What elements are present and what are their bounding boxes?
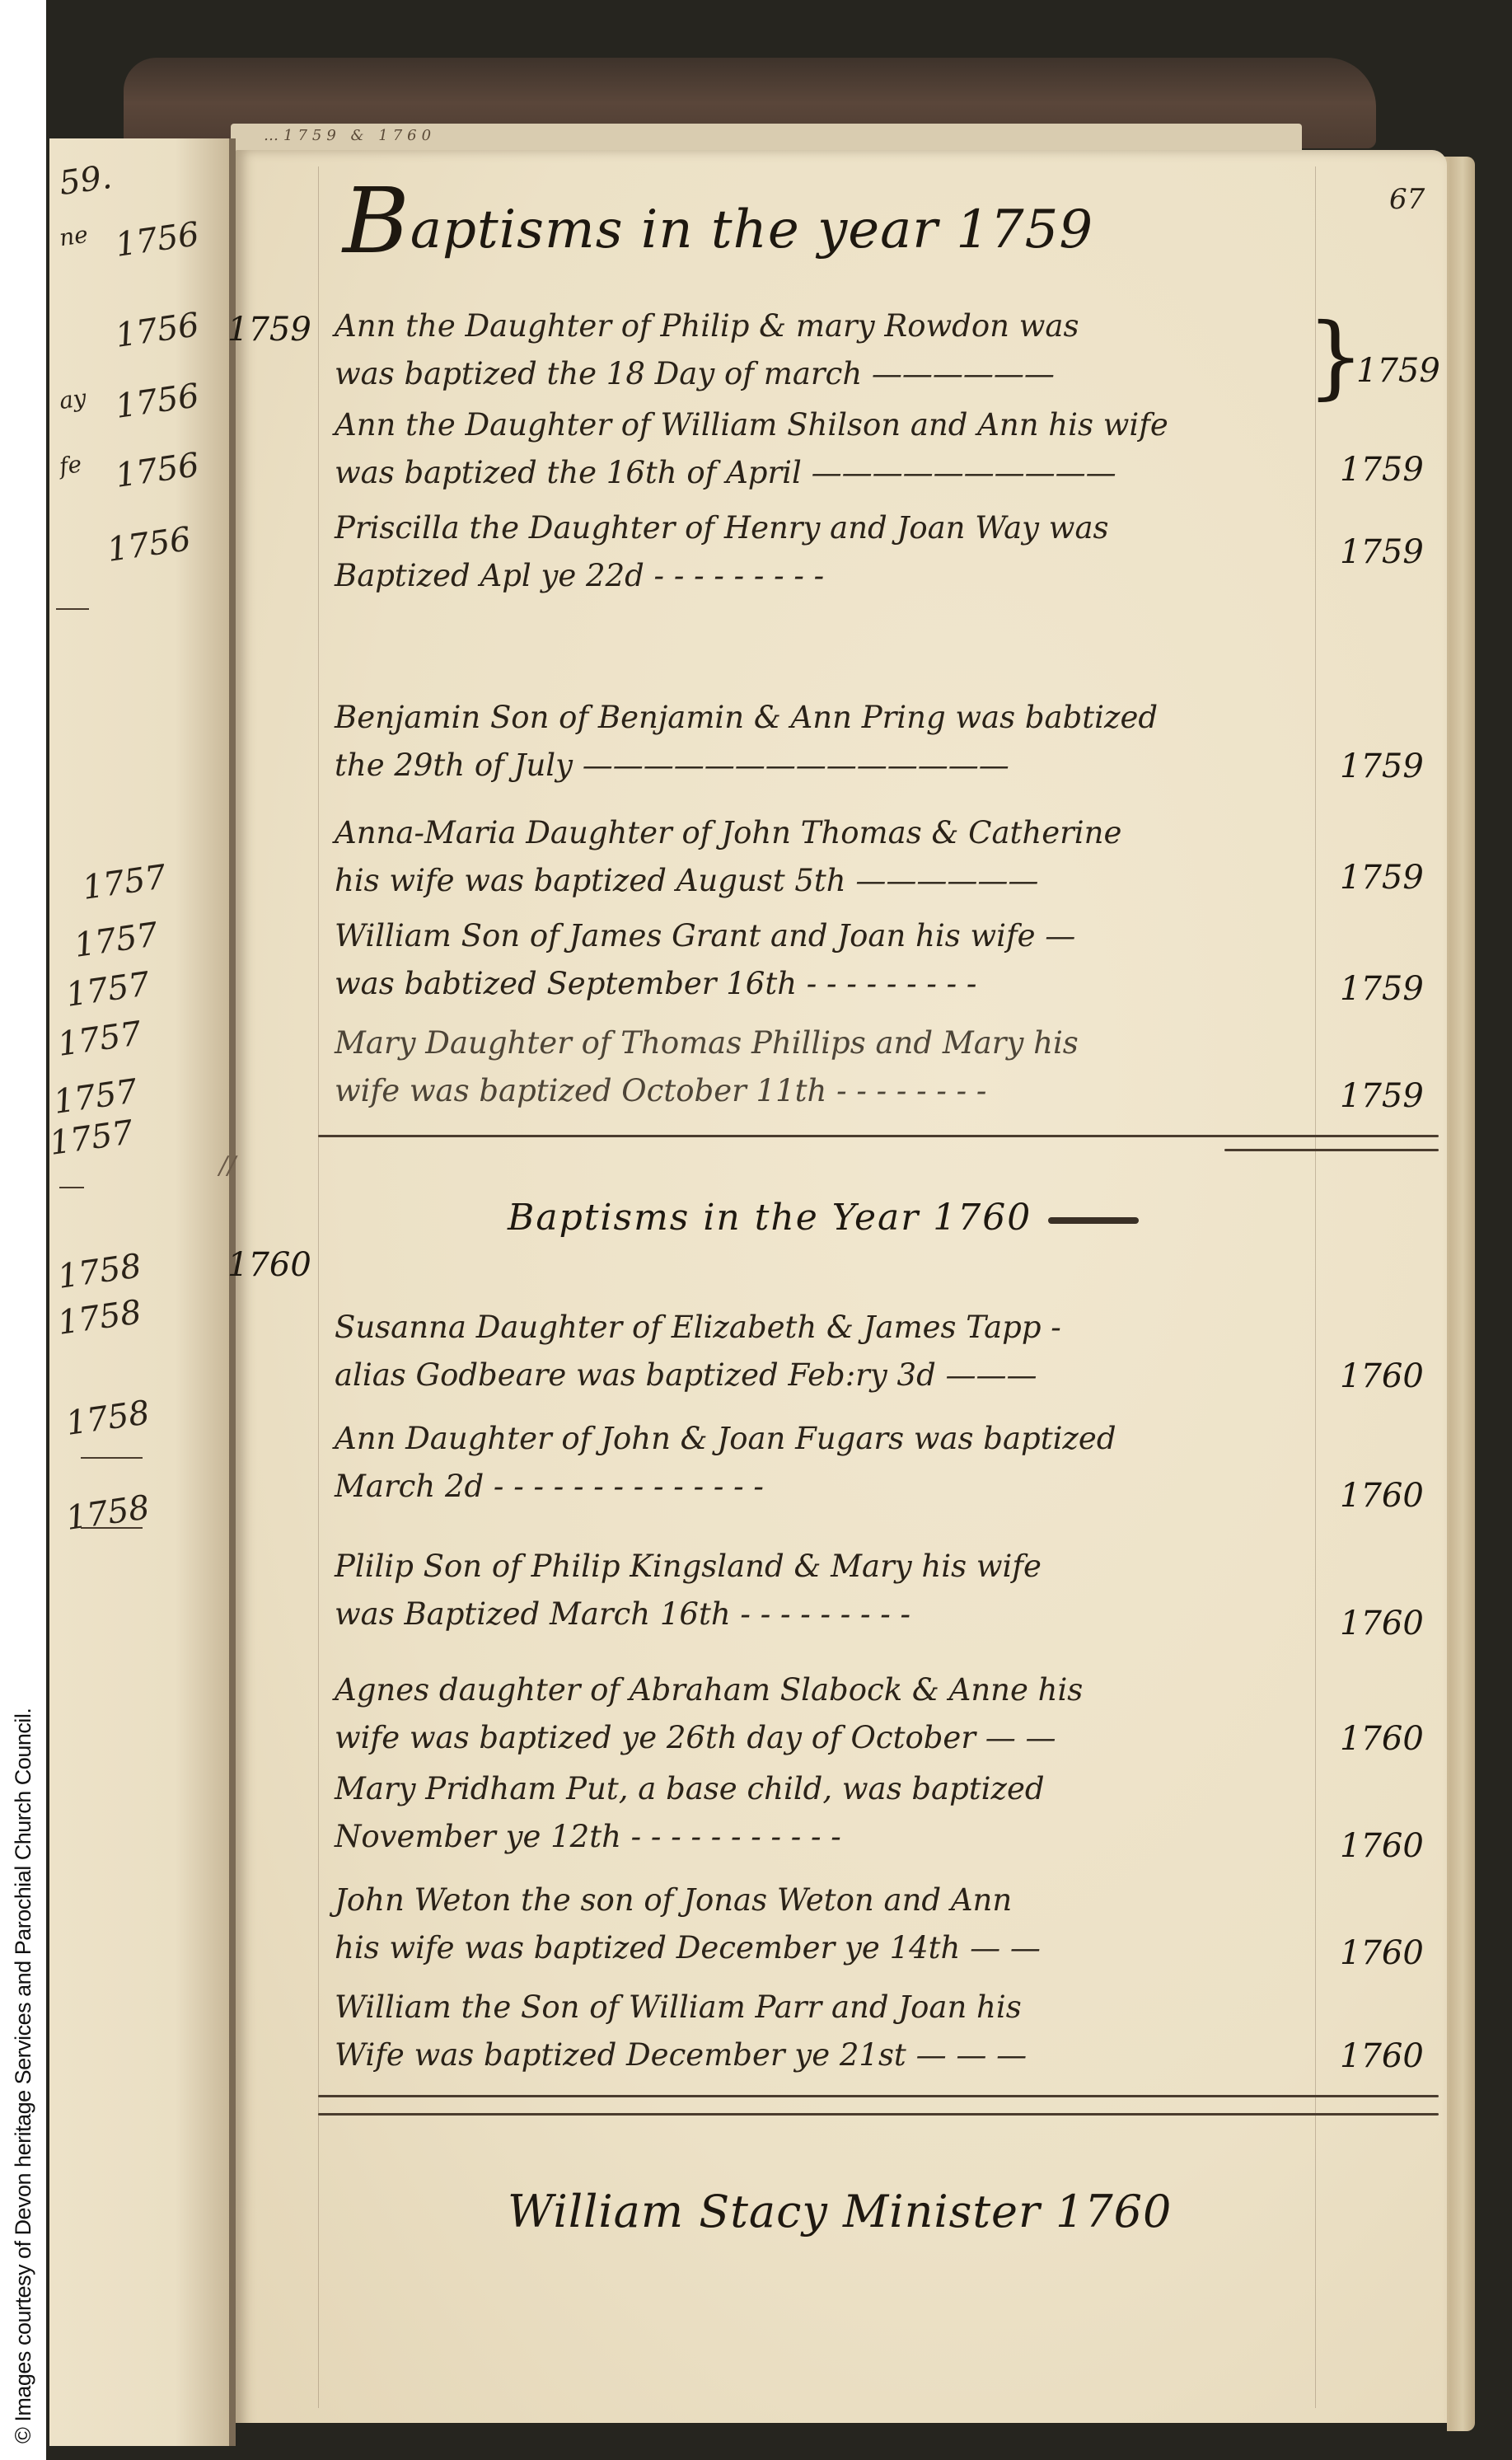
copyright-credit: © Images courtesy of Devon heritage Serv… xyxy=(11,4,36,2444)
entry-line: the 29th of July —————————————— xyxy=(335,742,1307,790)
left-page-word-fragment: ay xyxy=(58,384,88,415)
entry-year: 1760 xyxy=(1340,1357,1424,1395)
entry-line: his wife was baptized August 5th —————— xyxy=(335,857,1307,905)
entry-line: wife was baptized October 11th - - - - -… xyxy=(335,1067,1307,1115)
section-divider xyxy=(318,1135,1439,1137)
entry-year: 1759 xyxy=(1340,451,1424,489)
entry-year: 1759 xyxy=(1356,352,1440,390)
left-year: 1756 xyxy=(113,446,201,495)
entry-line: was Baptized March 16th - - - - - - - - … xyxy=(335,1591,1307,1638)
entry-line: Baptized Apl ye 22d - - - - - - - - - xyxy=(335,552,1307,600)
left-year: 1757 xyxy=(72,916,160,965)
entry-line: Priscilla the Daughter of Henry and Joan… xyxy=(335,504,1307,552)
entry-year: 1760 xyxy=(1340,1934,1424,1972)
entry-line: Benjamin Son of Benjamin & Ann Pring was… xyxy=(335,694,1307,742)
entry-line: Mary Pridham Put, a base child, was bapt… xyxy=(335,1765,1307,1813)
baptism-entry: Plilip Son of Philip Kingsland & Mary hi… xyxy=(335,1543,1307,1638)
page-number: 67 xyxy=(1389,183,1425,216)
entry-year: 1759 xyxy=(1340,747,1424,785)
entry-year: 1759 xyxy=(1340,970,1424,1008)
baptism-entry: John Weton the son of Jonas Weton and An… xyxy=(335,1877,1307,1972)
entry-line: alias Godbeare was baptized Feb:ry 3d ——… xyxy=(335,1352,1307,1399)
left-year: 1756 xyxy=(113,215,201,265)
left-year: 1756 xyxy=(113,306,201,355)
closing-rule xyxy=(318,2095,1439,2097)
left-year: 1758 xyxy=(63,1394,152,1443)
left-year: 1757 xyxy=(55,1014,143,1064)
entry-line: Susanna Daughter of Elizabeth & James Ta… xyxy=(335,1304,1307,1352)
left-year: 1756 xyxy=(113,377,201,426)
minister-signature: William Stacy Minister 1760 xyxy=(508,2186,1172,2237)
entry-line: John Weton the son of Jonas Weton and An… xyxy=(335,1877,1307,1924)
entry-line: Wife was baptized December ye 21st — — — xyxy=(335,2031,1307,2079)
baptism-entry: Agnes daughter of Abraham Slabock & Anne… xyxy=(335,1666,1307,1762)
margin-year-1759: 1759 xyxy=(227,311,311,349)
entry-year: 1760 xyxy=(1340,1477,1424,1515)
scan-bottom-edge xyxy=(236,2423,1447,2460)
entry-year: 1760 xyxy=(1340,2037,1424,2075)
entry-year: 1759 xyxy=(1340,533,1424,571)
entry-line: was baptized the 16th of April —————————… xyxy=(335,449,1307,497)
baptism-entry: Ann the Daughter of Philip & mary Rowdon… xyxy=(335,302,1307,398)
margin-year-1760: 1760 xyxy=(227,1246,311,1284)
heading-baptisms-1759: Baptisms in the year 1759 xyxy=(343,199,1093,260)
entry-line: Anna-Maria Daughter of John Thomas & Cat… xyxy=(335,809,1307,857)
entry-line: Mary Daughter of Thomas Phillips and Mar… xyxy=(335,1019,1307,1067)
entry-year: 1759 xyxy=(1340,859,1424,897)
left-year: 1756 xyxy=(105,520,193,569)
entry-line: was baptized the 18 Day of march —————— xyxy=(335,350,1307,398)
baptism-entry: William the Son of William Parr and Joan… xyxy=(335,1984,1307,2079)
entry-line: his wife was baptized December ye 14th —… xyxy=(335,1924,1307,1972)
baptism-entry: Benjamin Son of Benjamin & Ann Pring was… xyxy=(335,694,1307,790)
left-rule xyxy=(81,1527,143,1529)
entry-line: wife was baptized ye 26th day of October… xyxy=(335,1714,1307,1762)
entry-line: November ye 12th - - - - - - - - - - - xyxy=(335,1813,1307,1861)
entry-line: Ann the Daughter of Philip & mary Rowdon… xyxy=(335,302,1307,350)
closing-rule xyxy=(318,2113,1439,2116)
baptism-entry: William Son of James Grant and Joan his … xyxy=(335,912,1307,1008)
left-year: 1758 xyxy=(63,1488,152,1538)
margin-line-left xyxy=(318,166,319,2408)
register-page: 67 Baptisms in the year 1759 1759 Ann th… xyxy=(236,150,1447,2441)
entry-line: Agnes daughter of Abraham Slabock & Anne… xyxy=(335,1666,1307,1714)
entry-year: 1760 xyxy=(1340,1605,1424,1642)
entry-year: 1759 xyxy=(1340,1077,1424,1115)
entry-line: was babtized September 16th - - - - - - … xyxy=(335,960,1307,1008)
entry-line: William the Son of William Parr and Joan… xyxy=(335,1984,1307,2031)
margin-line-right xyxy=(1315,166,1316,2408)
entry-line: Ann Daughter of John & Joan Fugars was b… xyxy=(335,1415,1307,1463)
entry-year: 1760 xyxy=(1340,1827,1424,1865)
underlying-leaf-text: …1759 & 1760 xyxy=(264,127,436,144)
heading-text: aptisms in the year 1759 xyxy=(410,199,1093,260)
entry-line: William Son of James Grant and Joan his … xyxy=(335,912,1307,960)
baptism-entry: Susanna Daughter of Elizabeth & James Ta… xyxy=(335,1304,1307,1399)
left-rule xyxy=(81,1457,143,1459)
left-year: 1758 xyxy=(55,1293,143,1342)
left-rule xyxy=(59,1187,84,1188)
left-page-fragment: 59. ne 1756 1756 ay 1756 fe 1756 1756 17… xyxy=(49,138,236,2446)
left-page-word-fragment: fe xyxy=(58,450,83,480)
left-year: 1757 xyxy=(63,965,152,1014)
left-page-word-fragment: ne xyxy=(58,221,90,251)
heading-initial: B xyxy=(343,168,410,274)
left-page-fragment-top: 59. xyxy=(57,158,114,203)
credit-strip: © Images courtesy of Devon heritage Serv… xyxy=(0,0,46,2460)
entry-year: 1760 xyxy=(1340,1720,1424,1758)
margin-mark: // xyxy=(219,1151,236,1180)
baptism-entry: Anna-Maria Daughter of John Thomas & Cat… xyxy=(335,809,1307,905)
baptism-entry: Ann Daughter of John & Joan Fugars was b… xyxy=(335,1415,1307,1511)
left-year: 1758 xyxy=(55,1247,143,1296)
baptism-entry: Mary Pridham Put, a base child, was bapt… xyxy=(335,1765,1307,1861)
baptism-entry: Priscilla the Daughter of Henry and Joan… xyxy=(335,504,1307,600)
section-divider xyxy=(1224,1149,1439,1151)
baptism-entry: Ann the Daughter of William Shilson and … xyxy=(335,401,1307,497)
baptism-entry: Mary Daughter of Thomas Phillips and Mar… xyxy=(335,1019,1307,1115)
left-year: 1757 xyxy=(80,858,168,907)
heading-baptisms-1760: Baptisms in the Year 1760 xyxy=(508,1197,1139,1239)
left-rule xyxy=(56,608,89,610)
entry-line: March 2d - - - - - - - - - - - - - - xyxy=(335,1463,1307,1511)
entry-line: Plilip Son of Philip Kingsland & Mary hi… xyxy=(335,1543,1307,1591)
entry-line: Ann the Daughter of William Shilson and … xyxy=(335,401,1307,449)
